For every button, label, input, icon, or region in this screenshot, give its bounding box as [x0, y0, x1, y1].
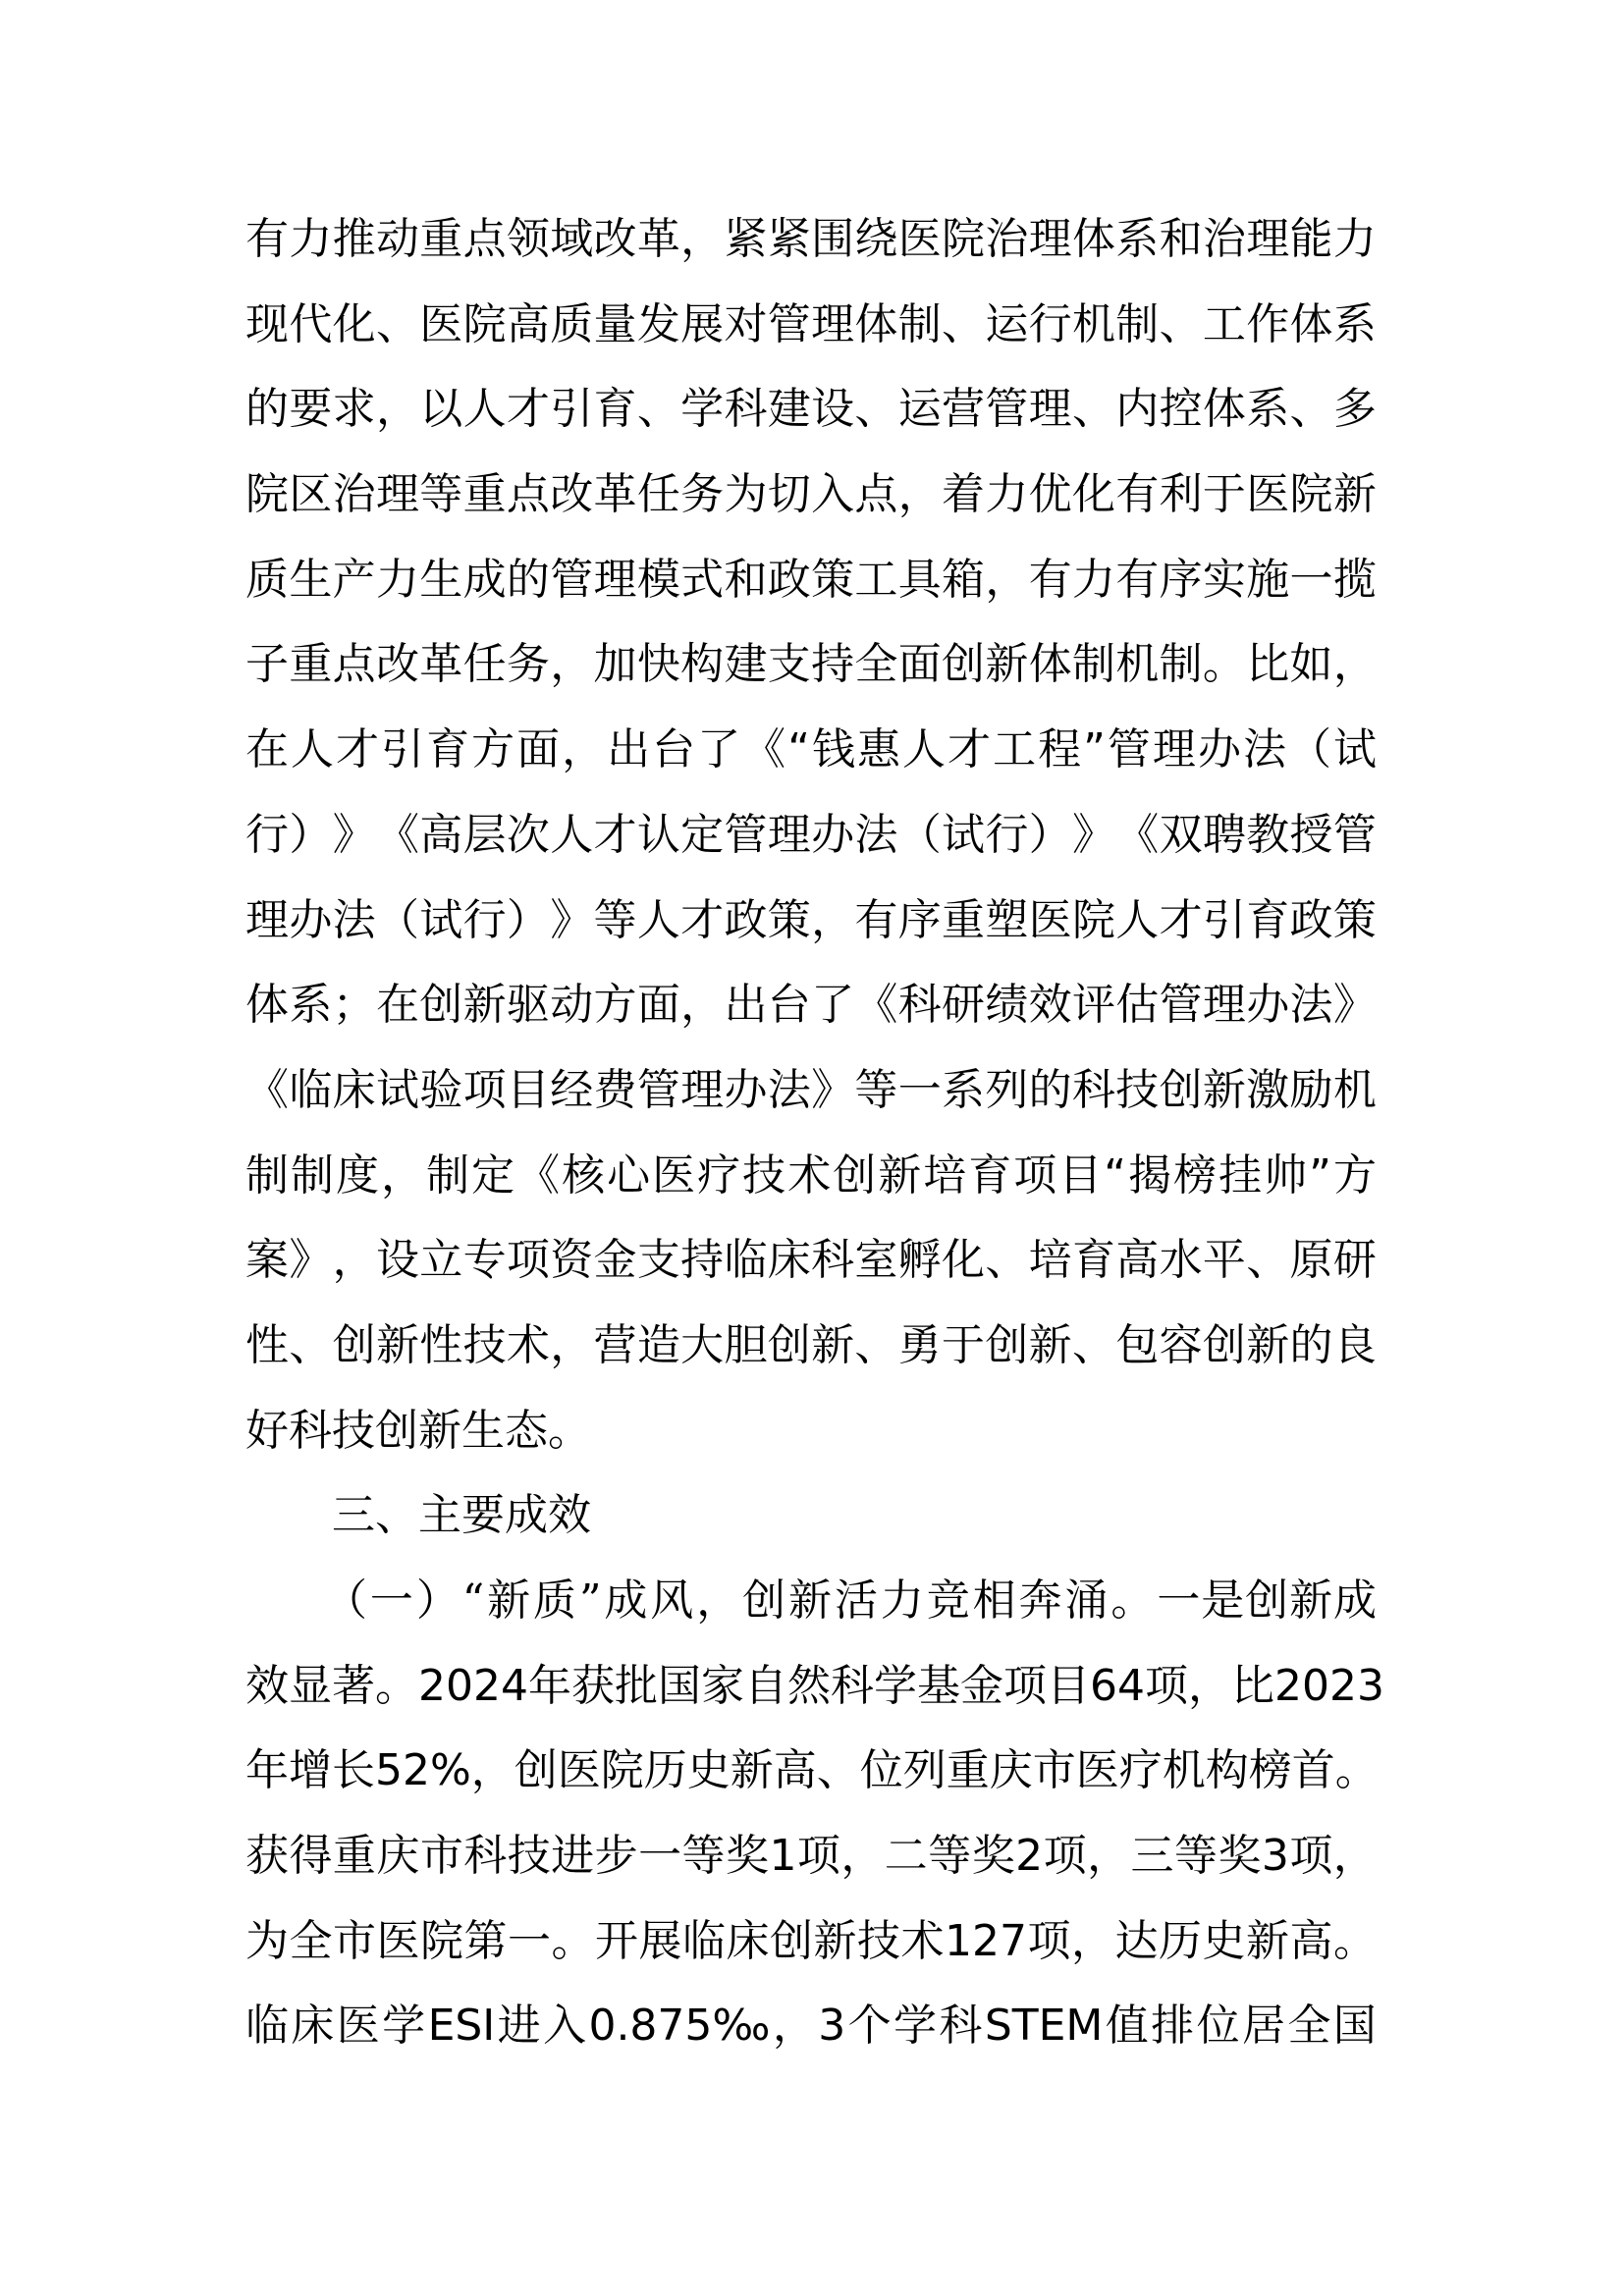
paragraph-line: 质生产力生成的管理模式和政策工具箱，有力有序实施一揽 — [245, 553, 1377, 608]
subheading-title: （一）“新质”成风，创新活力竞相奔涌。 — [324, 1575, 1157, 1626]
paragraph-line: 效显著。2024年获批国家自然科学基金项目64项，比2023 — [245, 1659, 1377, 1714]
document-page: 有力推动重点领域改革，紧紧围绕医院治理体系和治理能力 现代化、医院高质量发展对管… — [0, 0, 1624, 2296]
paragraph-line: 有力推动重点领域改革，紧紧围绕医院治理体系和治理能力 — [245, 212, 1377, 267]
paragraph-line: 为全市医院第一。开展临床创新技术127项，达历史新高。 — [245, 1914, 1377, 1969]
paragraph-line: 临床医学ESI进入0.875‰，3个学科STEM值排位居全国 — [245, 1999, 1377, 2054]
paragraph-line: 制制度，制定《核心医疗技术创新培育项目“揭榜挂帅”方 — [245, 1148, 1377, 1203]
subheading-line: （一）“新质”成风，创新活力竞相奔涌。一是创新成 — [324, 1574, 1377, 1629]
paragraph-line: 年增长52%，创医院历史新高、位列重庆市医疗机构榜首。 — [245, 1743, 1377, 1798]
paragraph-line: 理办法（试行）》等人才政策，有序重塑医院人才引育政策 — [245, 893, 1377, 948]
paragraph-line: 院区治理等重点改革任务为切入点，着力优化有利于医院新 — [245, 467, 1377, 522]
paragraph-line: 好科技创新生态。 — [245, 1404, 1377, 1459]
paragraph-line: 子重点改革任务，加快构建支持全面创新体制机制。比如， — [245, 637, 1377, 692]
subheading-lead-in: 一是创新成 — [1157, 1575, 1377, 1626]
section-heading: 三、主要成效 — [332, 1488, 1379, 1543]
paragraph-line: 的要求，以人才引育、学科建设、运营管理、内控体系、多 — [245, 382, 1377, 437]
paragraph-line: 行）》《高层次人才认定管理办法（试行）》《双聘教授管 — [245, 808, 1377, 863]
paragraph-line: 体系；在创新驱动方面，出台了《科研绩效评估管理办法》 — [245, 978, 1377, 1033]
paragraph-line: 性、创新性技术，营造大胆创新、勇于创新、包容创新的良 — [245, 1318, 1377, 1373]
paragraph-line: 《临床试验项目经费管理办法》等一系列的科技创新激励机 — [245, 1063, 1377, 1118]
paragraph-line: 现代化、医院高质量发展对管理体制、运行机制、工作体系 — [245, 297, 1377, 352]
paragraph-line: 在人才引育方面，出台了《“钱惠人才工程”管理办法（试 — [245, 722, 1377, 777]
paragraph-line: 案》，设立专项资金支持临床科室孵化、培育高水平、原研 — [245, 1233, 1377, 1288]
paragraph-line: 获得重庆市科技进步一等奖1项，二等奖2项，三等奖3项， — [245, 1829, 1377, 1884]
